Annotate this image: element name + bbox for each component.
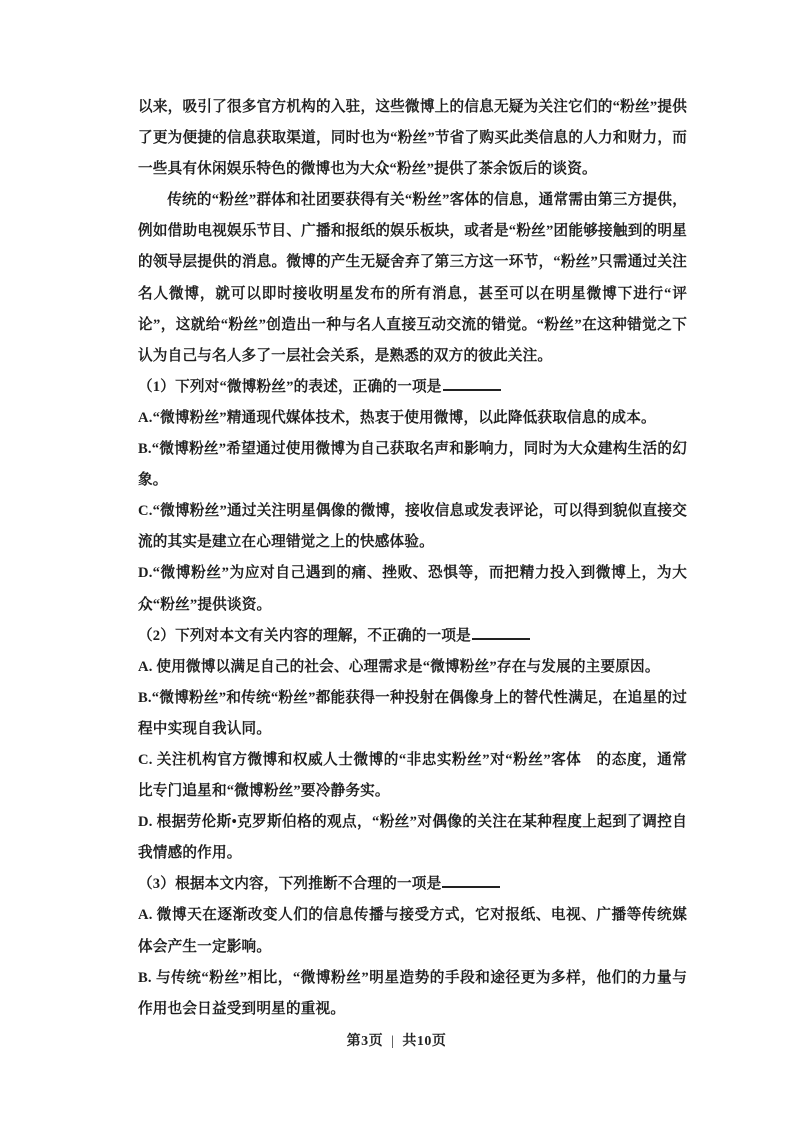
question-2-stem-text: （2）下列对本文有关内容的理解，不正确的一项是 — [138, 628, 471, 644]
question-1-option-a: A.“微博粉丝”精通现代媒体技术，热衷于使用微博，以此降低获取信息的成本。 — [138, 403, 687, 434]
question-3-stem: （3）根据本文内容，下列推断不合理的一项是 — [138, 869, 687, 900]
question-1-option-b: B.“微博粉丝”希望通过使用微博为自己获取名声和影响力，同时为大众建构生活的幻象… — [138, 434, 687, 496]
answer-blank-underline — [442, 873, 500, 888]
question-3-option-a: A. 微博天在逐渐改变人们的信息传播与接受方式，它对报纸、电视、广播等传统媒体会… — [138, 900, 687, 962]
question-2-option-b: B.“微博粉丝”和传统“粉丝”都能获得一种投射在偶像身上的替代性满足，在追星的过… — [138, 683, 687, 745]
question-3-option-b: B. 与传统“粉丝”相比，“微博粉丝”明星造势的手段和途径更为多样，他们的力量与… — [138, 963, 687, 1025]
question-2-option-d: D. 根据劳伦斯•克罗斯伯格的观点，“粉丝”对偶像的关注在某种程度上起到了调控自… — [138, 807, 687, 869]
document-page: 以来，吸引了很多官方机构的入驻，这些微博上的信息无疑为关注它们的“粉丝”提供了更… — [0, 0, 793, 1122]
page-number: 第3页 — [347, 1034, 384, 1049]
page-footer: 第3页|共10页 — [0, 1031, 793, 1053]
answer-blank-underline — [472, 624, 530, 639]
body-paragraph: 以来，吸引了很多官方机构的入驻，这些微博上的信息无疑为关注它们的“粉丝”提供了更… — [138, 92, 687, 185]
document-body: 以来，吸引了很多官方机构的入驻，这些微博上的信息无疑为关注它们的“粉丝”提供了更… — [138, 92, 687, 1025]
answer-blank-underline — [443, 376, 501, 391]
footer-divider: | — [391, 1031, 394, 1053]
question-2-option-a: A. 使用微博以满足自己的社会、心理需求是“微博粉丝”存在与发展的主要原因。 — [138, 652, 687, 683]
question-1-option-d: D.“微博粉丝”为应对自己遇到的痛、挫败、恐惧等，而把精力投入到微博上，为大众“… — [138, 558, 687, 620]
question-2-option-c: C. 关注机构官方微博和权威人士微博的“非忠实粉丝”对“粉丝”客体 的态度，通常… — [138, 745, 687, 807]
question-1-stem-text: （1）下列对“微博粉丝”的表述，正确的一项是 — [138, 379, 442, 395]
question-1-option-c: C.“微博粉丝”通过关注明星偶像的微博，接收信息或发表评论，可以得到貌似直接交流… — [138, 496, 687, 558]
total-pages: 共10页 — [402, 1034, 446, 1049]
body-paragraph: 传统的“粉丝”群体和社团要获得有关“粉丝”客体的信息，通常需由第三方提供，例如借… — [138, 185, 687, 372]
question-3-stem-text: （3）根据本文内容，下列推断不合理的一项是 — [138, 876, 441, 892]
question-2-stem: （2）下列对本文有关内容的理解，不正确的一项是 — [138, 621, 687, 652]
question-1-stem: （1）下列对“微博粉丝”的表述，正确的一项是 — [138, 372, 687, 403]
